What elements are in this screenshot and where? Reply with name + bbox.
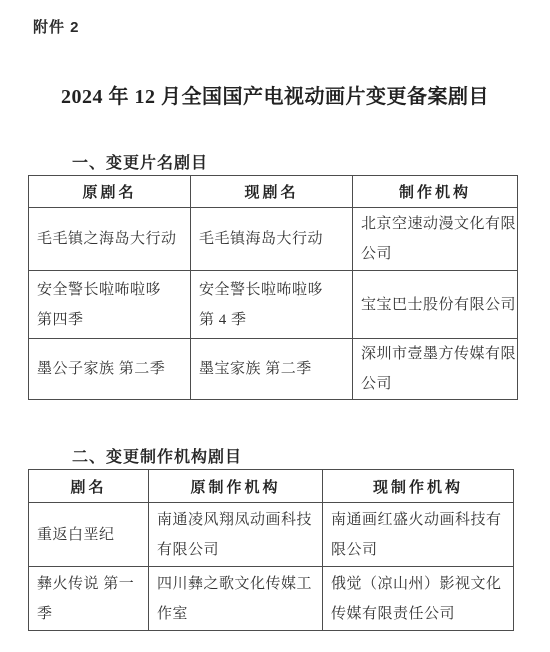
column-header-original-producer: 原制作机构 <box>149 470 323 503</box>
table-cell: 墨宝家族 第二季 <box>191 339 353 400</box>
table-cell: 南通凌风翔凤动画科技 有限公司 <box>149 503 323 567</box>
page-title: 2024 年 12 月全国国产电视动画片变更备案剧目 <box>0 80 550 109</box>
table-cell: 重返白垩纪 <box>29 503 149 567</box>
column-header-title: 剧名 <box>29 470 149 503</box>
table-cell: 俄觉（凉山州）影视文化 传媒有限责任公司 <box>323 567 514 631</box>
table-header-row: 剧名 原制作机构 现制作机构 <box>29 470 514 503</box>
producer-change-table: 剧名 原制作机构 现制作机构 重返白垩纪 南通凌风翔凤动画科技 有限公司 南通画… <box>28 469 514 631</box>
table-cell: 毛毛镇之海岛大行动 <box>29 208 191 271</box>
table-cell: 墨公子家族 第二季 <box>29 339 191 400</box>
column-header-producer: 制作机构 <box>353 176 518 208</box>
table-cell: 四川彝之歌文化传媒工 作室 <box>149 567 323 631</box>
section2-heading: 二、变更制作机构剧目 <box>72 444 242 467</box>
table-row: 彝火传说 第一 季 四川彝之歌文化传媒工 作室 俄觉（凉山州）影视文化 传媒有限… <box>29 567 514 631</box>
column-header-current-title: 现剧名 <box>191 176 353 208</box>
table-header-row: 原剧名 现剧名 制作机构 <box>29 176 518 208</box>
column-header-original-title: 原剧名 <box>29 176 191 208</box>
table-cell: 安全警长啦咘啦哆 第 4 季 <box>191 271 353 339</box>
table-cell: 南通画红盛火动画科技有 限公司 <box>323 503 514 567</box>
title-change-table: 原剧名 现剧名 制作机构 毛毛镇之海岛大行动 毛毛镇海岛大行动 北京空速动漫文化… <box>28 175 518 400</box>
table-row: 重返白垩纪 南通凌风翔凤动画科技 有限公司 南通画红盛火动画科技有 限公司 <box>29 503 514 567</box>
attachment-label: 附件 2 <box>33 16 80 37</box>
table-row: 安全警长啦咘啦哆 第四季 安全警长啦咘啦哆 第 4 季 宝宝巴士股份有限公司 <box>29 271 518 339</box>
section1-heading: 一、变更片名剧目 <box>72 150 208 173</box>
table-cell: 彝火传说 第一 季 <box>29 567 149 631</box>
table-cell: 毛毛镇海岛大行动 <box>191 208 353 271</box>
column-header-current-producer: 现制作机构 <box>323 470 514 503</box>
table-row: 墨公子家族 第二季 墨宝家族 第二季 深圳市壹墨方传媒有限 公司 <box>29 339 518 400</box>
table-cell: 安全警长啦咘啦哆 第四季 <box>29 271 191 339</box>
table-row: 毛毛镇之海岛大行动 毛毛镇海岛大行动 北京空速动漫文化有限 公司 <box>29 208 518 271</box>
table-cell: 深圳市壹墨方传媒有限 公司 <box>353 339 518 400</box>
document-page: { "page": { "attachment_label": "附件 2", … <box>0 0 550 652</box>
table-cell: 宝宝巴士股份有限公司 <box>353 271 518 339</box>
table-cell: 北京空速动漫文化有限 公司 <box>353 208 518 271</box>
